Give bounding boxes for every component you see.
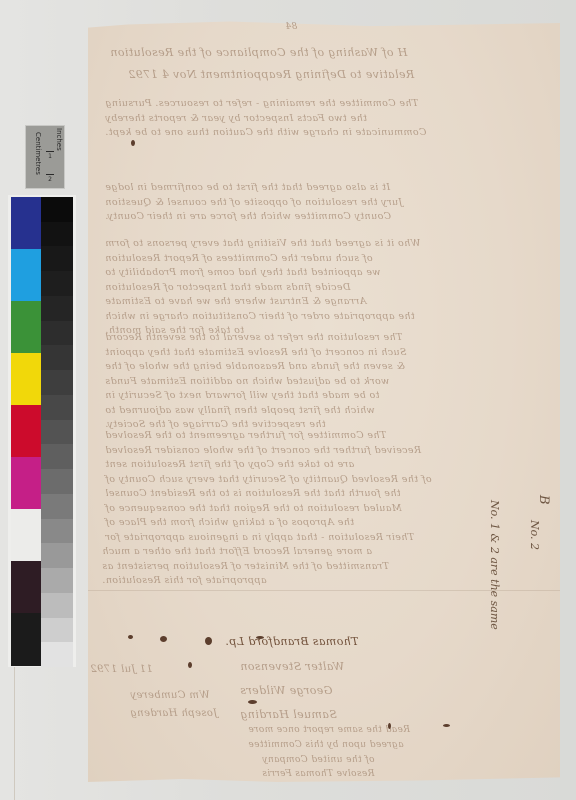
- gray-step: [41, 246, 73, 271]
- heading-line-1: H of Washing of the Compliance of the Re…: [110, 46, 407, 59]
- ink-blot: [131, 140, 135, 146]
- signatory-4: Samuel Harding: [240, 708, 337, 721]
- ink-blot: [188, 662, 192, 668]
- ink-blot: [128, 635, 133, 639]
- gray-step: [41, 222, 73, 247]
- measurement-ruler: Inches Centimetres 1 2: [25, 125, 65, 189]
- manuscript-line: we appointed that they had come from Pro…: [105, 267, 381, 278]
- postscript-line-3: of the united Company: [262, 755, 375, 765]
- gray-step: [41, 469, 73, 494]
- gray-step: [41, 543, 73, 568]
- gray-step: [41, 321, 73, 346]
- ruler-inches-label: Inches: [55, 128, 63, 151]
- swatch-dark-brown: [11, 561, 41, 613]
- gray-step: [41, 519, 73, 544]
- manuscript-line: the fourth that the Resolution is to the…: [105, 488, 401, 499]
- manuscript-line: Received further the concert of the whol…: [105, 445, 421, 456]
- date: 11 Jul 1792: [90, 664, 153, 675]
- manuscript-line: appropriate for this Resolution.: [102, 575, 267, 586]
- gray-step: [41, 420, 73, 445]
- color-calibration-target: [8, 195, 76, 667]
- ink-blot: [205, 637, 212, 645]
- swatch-white: [11, 509, 41, 561]
- margin-note-initial: B: [536, 495, 551, 505]
- gray-step: [41, 494, 73, 519]
- gray-step: [41, 395, 73, 420]
- swatch-cyan: [11, 249, 41, 301]
- gray-step: [41, 197, 73, 222]
- manuscript-line: of the Resolved Quantity of Security tha…: [105, 474, 432, 485]
- postscript-line-1: Read the same report once more: [248, 725, 410, 735]
- swatch-yellow: [11, 353, 41, 405]
- postscript-line-4: Resolve Thomas Ferris: [262, 769, 374, 779]
- gray-step: [41, 618, 73, 643]
- swatch-blue: [11, 197, 41, 249]
- ruler-centimetres-label: Centimetres: [34, 132, 42, 175]
- ruler-mark-1: 1: [48, 153, 52, 160]
- manuscript-line: Communicate in charge with the Caution t…: [105, 127, 426, 138]
- manuscript-line: County Committee which the force are in …: [105, 211, 391, 222]
- signatory-3: George Wilders: [240, 684, 332, 697]
- swatch-green: [11, 301, 41, 353]
- margin-note-remark: No. 1 & 2 are the same: [488, 500, 501, 630]
- manuscript-line: & seven the funds and Reasonable being t…: [105, 361, 405, 372]
- gray-step: [41, 271, 73, 296]
- ink-blot: [248, 700, 257, 704]
- gray-step: [41, 642, 73, 667]
- manuscript-line: the two Facts Inspector by year & report…: [105, 113, 367, 124]
- manuscript-line: Decide finds made that Inspector of Reso…: [105, 282, 351, 293]
- manuscript-line: the Apropos of a taking which from the P…: [105, 517, 354, 528]
- manuscript-line: The resolution the refer to several to t…: [105, 332, 402, 343]
- ink-blot: [256, 636, 264, 639]
- postscript-line-2: agreed upon by this Committee: [248, 740, 404, 750]
- swatch-red: [11, 405, 41, 457]
- page-number: 84: [285, 22, 297, 32]
- ruler-tick: [46, 174, 54, 175]
- gray-step: [41, 345, 73, 370]
- swatch-black: [11, 613, 41, 666]
- ruler-tick: [46, 151, 54, 152]
- manuscript-line: Who it is agreed that the Visiting that …: [105, 238, 420, 249]
- manuscript-line: The Committee for further agreement to t…: [105, 430, 386, 441]
- left-witness-1: Wm Cumberey: [130, 690, 210, 701]
- gray-step: [41, 568, 73, 593]
- gray-step: [41, 296, 73, 321]
- manuscript-line: It is also agreed that the first to be c…: [105, 182, 390, 193]
- manuscript-line: The Committee the remaining - refer to r…: [105, 98, 418, 109]
- manuscript-line: the appropriate order of their Constitut…: [105, 311, 415, 322]
- signatory-1: Thomas Brandford Lp.: [225, 635, 359, 648]
- manuscript-line: which the first people then finally was …: [105, 405, 375, 416]
- manuscript-line: Their Resolution - that apply in a ingen…: [105, 532, 414, 543]
- gray-step: [41, 444, 73, 469]
- signatory-2: Walter Stevenson: [240, 660, 344, 673]
- manuscript-line: to be made that they will forward next o…: [105, 390, 379, 401]
- manuscript-line: the respective the Carriage of the Socie…: [105, 419, 326, 430]
- ink-blot: [443, 724, 450, 727]
- gray-step: [41, 593, 73, 618]
- manuscript-line: Transmitted of the Minister of Resolutio…: [102, 561, 389, 572]
- gray-step: [41, 370, 73, 395]
- manuscript-line: work to be adjusted which no addition Es…: [105, 376, 389, 387]
- manuscript-line: a more general Record Effort that the ot…: [102, 546, 372, 557]
- manuscript-line: Such in concert of the Resolve Estimate …: [105, 347, 407, 358]
- manuscript-line: Mauled resolution to the Region that the…: [105, 503, 402, 514]
- manuscript-line: Jury the resolution of opposite of the c…: [105, 197, 402, 208]
- manuscript-line: are to take the Copy of the first Resolu…: [105, 459, 354, 470]
- margin-note-number: No. 2: [528, 520, 541, 550]
- manuscript-line: Arrange & Entrust where the we have to E…: [105, 296, 367, 307]
- swatch-magenta: [11, 457, 41, 509]
- mount-edge: [14, 660, 23, 800]
- manuscript-line: of such under the Committees of Report R…: [105, 253, 373, 264]
- heading-line-2: Relative to Defining Reappointment Nov 4…: [128, 68, 414, 81]
- ink-blot: [160, 636, 167, 642]
- ink-blot: [388, 723, 391, 729]
- left-witness-2: Joseph Hardeng: [130, 708, 217, 719]
- ruler-mark-2: 2: [48, 176, 52, 183]
